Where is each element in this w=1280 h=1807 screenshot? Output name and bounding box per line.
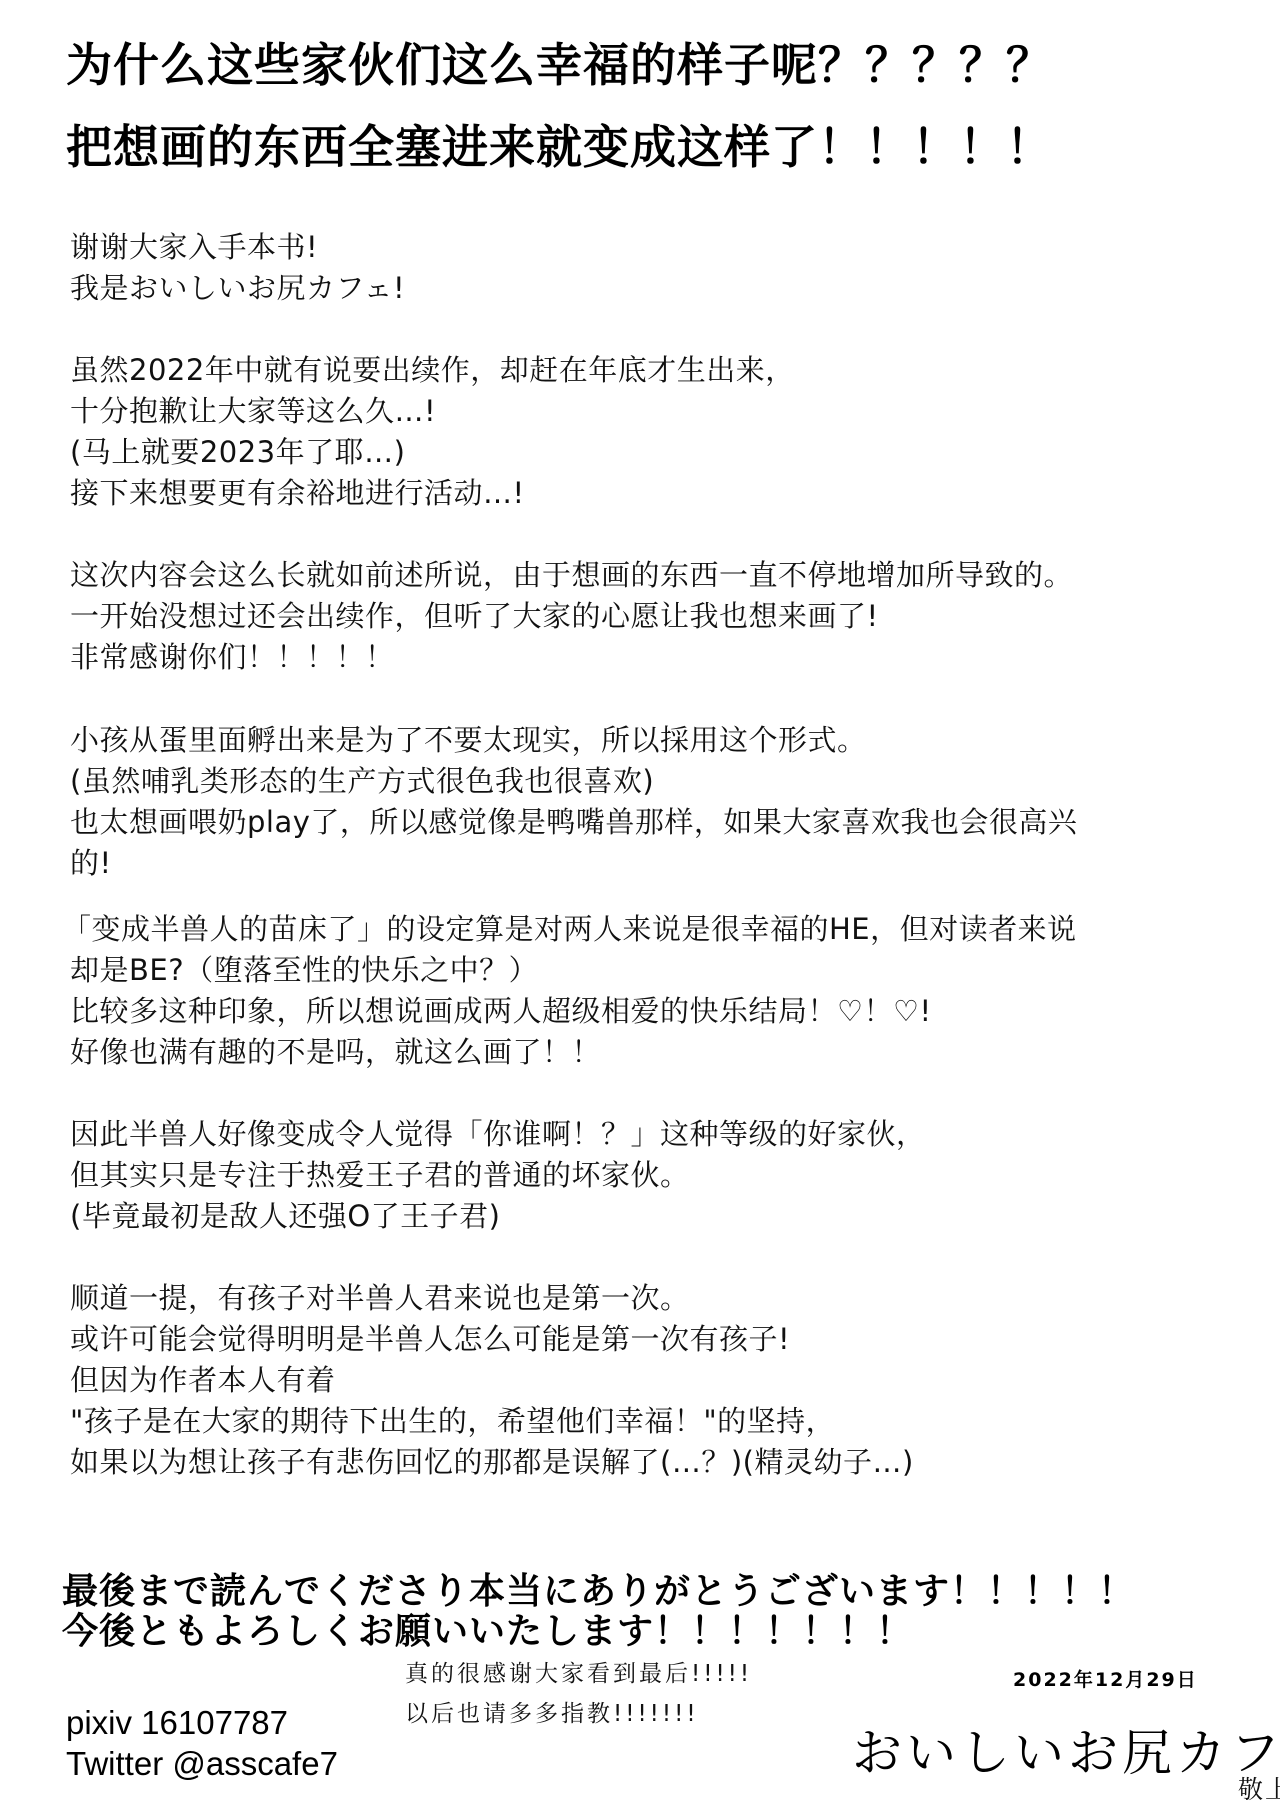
- body-line: (毕竟最初是敌人还强O了王子君): [70, 1202, 500, 1231]
- date-stamp: 2022年12月29日: [1013, 1665, 1198, 1692]
- closing-chinese-line-2: 以后也请多多指教!!!!!!!: [405, 1703, 699, 1726]
- body-line: "孩子是在大家的期待下出生的，希望他们幸福！"的坚持，: [70, 1407, 835, 1436]
- body-line: 的!: [70, 849, 112, 878]
- body-line: (马上就要2023年了耶…): [70, 438, 405, 467]
- body-line: 却是BE?（堕落至性的快乐之中？）: [70, 956, 538, 985]
- body-line: 也太想画喂奶play了，所以感觉像是鸭嘴兽那样，如果大家喜欢我也会很高兴: [70, 808, 1077, 837]
- signature-suffix: 敬上: [1238, 1770, 1280, 1806]
- body-line: 小孩从蛋里面孵出来是为了不要太现实，所以採用这个形式。: [70, 726, 867, 755]
- body-line: 比较多这种印象，所以想说画成两人超级相爱的快乐结局！♡！♡!: [70, 997, 932, 1026]
- closing-japanese-line-2: 今後ともよろしくお願いいたします！！！！！！！: [62, 1614, 913, 1650]
- body-line: 十分抱歉让大家等这么久…!: [70, 397, 436, 426]
- body-line: 接下来想要更有余裕地进行活动…!: [70, 479, 525, 508]
- author-signature: おいしいお尻カフェ: [852, 1713, 1280, 1785]
- body-line: 谢谢大家入手本书!: [70, 233, 318, 262]
- body-line: 或许可能会觉得明明是半兽人怎么可能是第一次有孩子!: [70, 1325, 790, 1354]
- body-line: 因此半兽人好像变成令人觉得「你谁啊！？」这种等级的好家伙，: [70, 1120, 926, 1149]
- body-line: 虽然2022年中就有说要出续作，却赶在年底才生出来，: [70, 356, 795, 385]
- closing-japanese-line-1: 最後まで読んでくださり本当にありがとうございます！！！！！: [62, 1574, 1135, 1610]
- body-line: 但其实只是专注于热爱王子君的普通的坏家伙。: [70, 1161, 690, 1190]
- body-line: 但因为作者本人有着: [70, 1366, 336, 1395]
- pixiv-id: pixiv 16107787: [66, 1706, 288, 1739]
- page-title-line-1: 为什么这些家伙们这么幸福的样子呢？？？？？: [66, 42, 1053, 88]
- body-line: 我是おいしいお尻カフェ!: [70, 274, 405, 303]
- body-line: 「变成半兽人的苗床了」的设定算是对两人来说是很幸福的HE，但对读者来说: [62, 915, 1077, 944]
- body-line: 一开始没想过还会出续作，但听了大家的心愿让我也想来画了!: [70, 602, 879, 631]
- body-line: 顺道一提，有孩子对半兽人君来说也是第一次。: [70, 1284, 690, 1313]
- body-line: 好像也满有趣的不是吗，就这么画了！！: [70, 1038, 601, 1067]
- page-title-line-2: 把想画的东西全塞进来就变成这样了！！！！！: [66, 124, 1053, 170]
- twitter-handle: Twitter @asscafe7: [66, 1747, 338, 1780]
- body-line: 如果以为想让孩子有悲伤回忆的那都是误解了(…？)(精灵幼子…): [70, 1448, 914, 1477]
- body-line: 非常感谢你们！！！！！: [70, 643, 395, 672]
- body-line: 这次内容会这么长就如前述所说，由于想画的东西一直不停地增加所导致的。: [70, 561, 1073, 590]
- closing-chinese-line-1: 真的很感谢大家看到最后!!!!!: [405, 1663, 752, 1686]
- body-line: (虽然哺乳类形态的生产方式很色我也很喜欢): [70, 767, 654, 796]
